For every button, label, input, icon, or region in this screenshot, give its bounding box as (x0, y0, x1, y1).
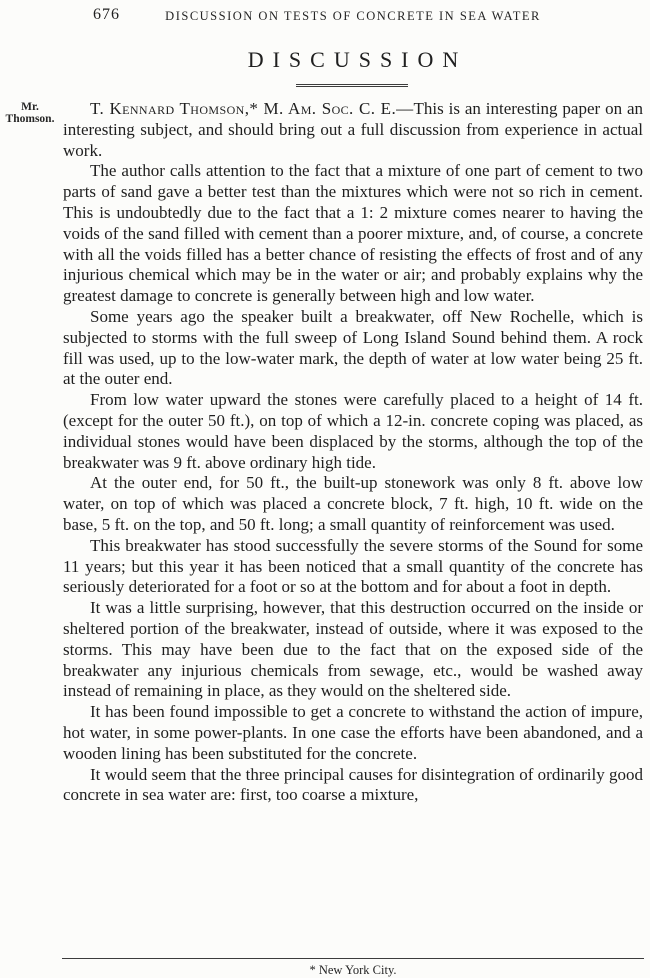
paragraph: It would seem that the three principal c… (63, 765, 643, 807)
paragraph: Some years ago the speaker built a break… (63, 307, 643, 390)
text-column: T. Kennard Thomson,* M. Am. Soc. C. E.—T… (63, 99, 643, 806)
margin-note-line-1: Mr. (21, 101, 39, 113)
heading-rule-divider (296, 84, 408, 87)
paragraph: From low water upward the stones were ca… (63, 390, 643, 473)
footnote: * New York City. (63, 963, 643, 978)
margin-note: Mr. Thomson. (2, 102, 58, 125)
paragraph: It has been found impossible to get a co… (63, 702, 643, 764)
running-head: DISCUSSION ON TESTS OF CONCRETE IN SEA W… (63, 9, 643, 24)
section-heading: DISCUSSION (63, 47, 643, 73)
paragraph: This breakwater has stood successfully t… (63, 536, 643, 598)
paragraph: T. Kennard Thomson,* M. Am. Soc. C. E.—T… (63, 99, 643, 161)
speaker-name: T. Kennard Thomson,* M. Am. Soc. C. E.— (90, 99, 414, 118)
paragraph: It was a little surprising, however, tha… (63, 598, 643, 702)
margin-note-line-2: Thomson. (6, 113, 55, 125)
paragraph: The author calls attention to the fact t… (63, 161, 643, 307)
book-page: 676 DISCUSSION ON TESTS OF CONCRETE IN S… (0, 0, 650, 978)
paragraph: At the outer end, for 50 ft., the built-… (63, 473, 643, 535)
footnote-rule (62, 958, 644, 959)
